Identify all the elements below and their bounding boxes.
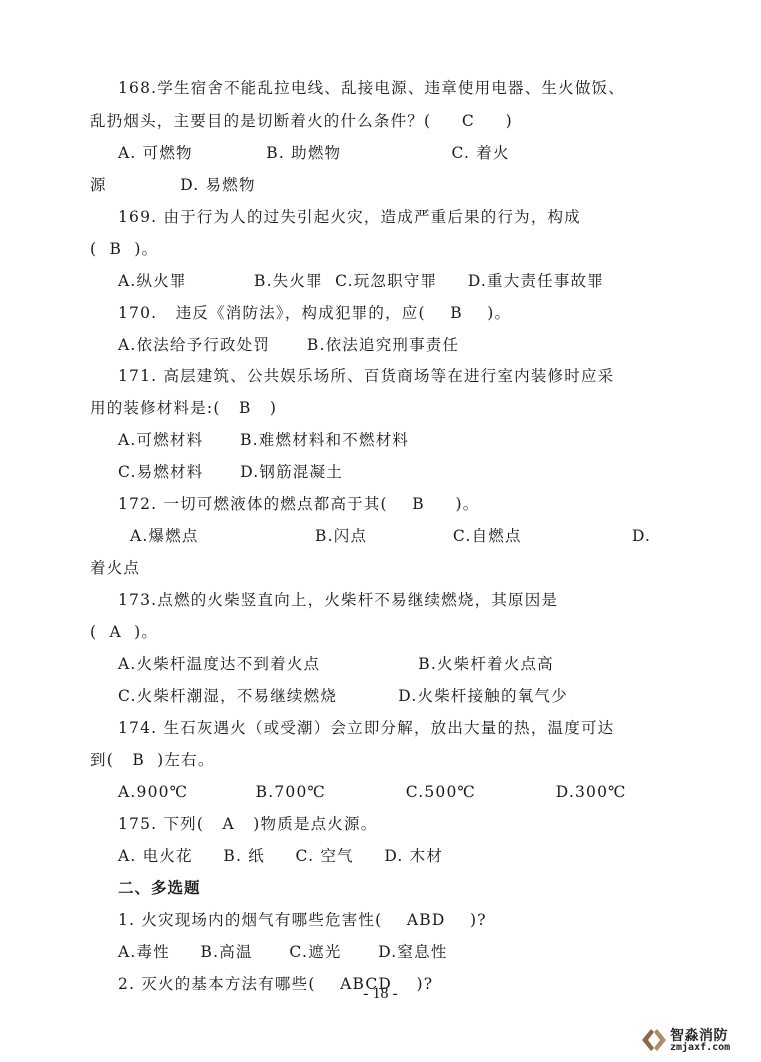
text-line: 173.点燃的火柴竖直向上，火柴杆不易继续燃烧，其原因是 xyxy=(118,590,558,610)
text-line: ( A )。 xyxy=(90,622,158,642)
text-line: A.纵火罪 B.失火罪 C.玩忽职守罪 D.重大责任事故罪 xyxy=(118,271,604,291)
text-line: A.900℃ B.700℃ C.500℃ D.300℃ xyxy=(118,782,627,802)
watermark-url: zmjaxf.com xyxy=(670,1042,730,1053)
text-line: A.毒性 B.高温 C.遮光 D.窒息性 xyxy=(118,942,448,962)
text-line: C.火柴杆潮湿，不易继续燃烧 D.火柴杆接触的氧气少 xyxy=(118,686,568,706)
section-heading: 二、多选题 xyxy=(118,878,201,898)
text-line: A. 电火花 B. 纸 C. 空气 D. 木材 xyxy=(118,846,443,866)
text-line: 170. 违反《消防法》，构成犯罪的，应( B )。 xyxy=(118,303,511,323)
page-number: - 18 - xyxy=(0,985,761,1003)
watermark-logo-icon xyxy=(640,1026,668,1054)
text-line: 源 D. 易燃物 xyxy=(90,175,256,195)
text-line: A.爆燃点 B.闪点 C.自燃点 D. xyxy=(130,526,651,546)
text-line: 着火点 xyxy=(90,558,140,578)
text-line: 175. 下列( A )物质是点火源。 xyxy=(118,814,377,834)
text-line: 乱扔烟头，主要目的是切断着火的什么条件？( C ) xyxy=(90,111,513,131)
text-line: 169. 由于行为人的过失引起火灾，造成严重后果的行为，构成 xyxy=(118,207,581,227)
text-line: C.易燃材料 D.钢筋混凝土 xyxy=(118,462,343,482)
text-line: 用的装修材料是:( B ) xyxy=(90,398,277,418)
document-page: 168.学生宿舍不能乱拉电线、乱接电源、违章使用电器、生火做饭、乱扔烟头，主要目… xyxy=(0,0,761,1062)
text-line: 174. 生石灰遇火（或受潮）会立即分解，放出大量的热，温度可达 xyxy=(118,718,614,738)
text-line: A.火柴杆温度达不到着火点 B.火柴杆着火点高 xyxy=(118,654,554,674)
text-line: A. 可燃物 B. 助燃物 C. 着火 xyxy=(118,143,510,163)
text-line: 172. 一切可燃液体的燃点都高于其( B )。 xyxy=(118,494,479,514)
text-line: 168.学生宿舍不能乱拉电线、乱接电源、违章使用电器、生火做饭、 xyxy=(118,78,625,98)
text-line: ( B )。 xyxy=(90,239,158,259)
text-line: A.依法给予行政处罚 B.依法追究刑事责任 xyxy=(118,335,459,355)
text-line: 171. 高层建筑、公共娱乐场所、百货商场等在进行室内装修时应采 xyxy=(118,366,614,386)
text-line: A.可燃材料 B.难燃材料和不燃材料 xyxy=(118,430,409,450)
text-line: 1. 火灾现场内的烟气有哪些危害性( ABD )? xyxy=(118,910,487,930)
text-line: 到( B )左右。 xyxy=(90,750,215,770)
watermark: 智淼消防 zmjaxf.com xyxy=(640,1022,755,1058)
